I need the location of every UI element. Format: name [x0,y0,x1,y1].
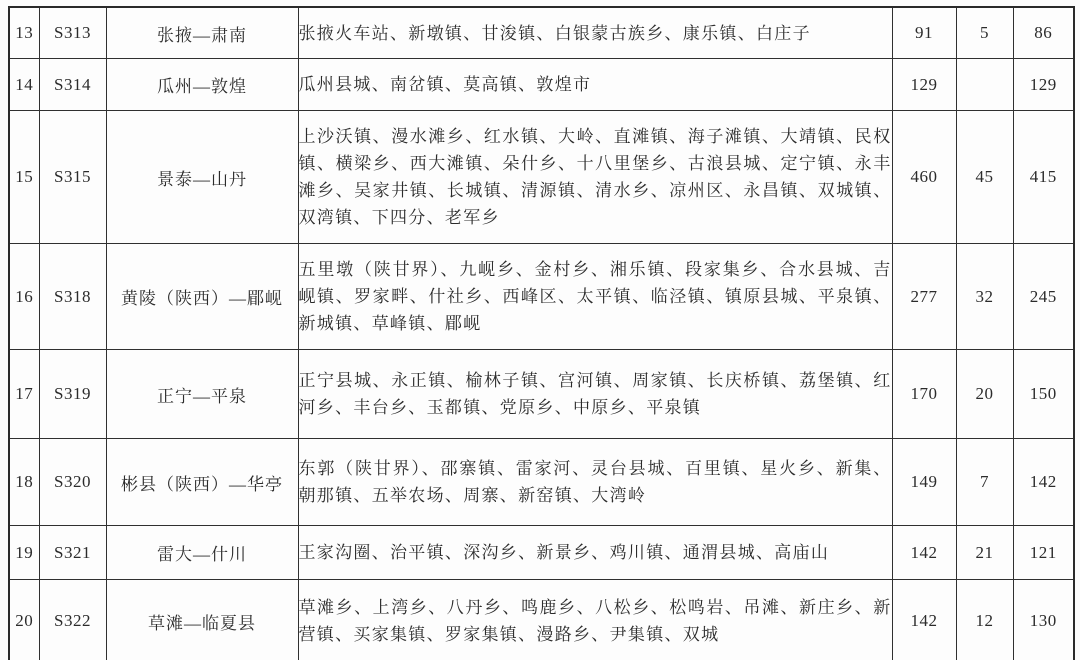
net-km-cell: 121 [1013,526,1074,580]
overlap-km-cell: 7 [956,439,1013,526]
row-number-cell: 16 [9,244,39,350]
table-row: 16 S318 黄陵（陕西）—郿岘 五里墩（陕甘界）、九岘乡、金村乡、湘乐镇、段… [9,244,1074,350]
document-page: 13 S313 张掖—肃南 张掖火车站、新墩镇、甘浚镇、白银蒙古族乡、康乐镇、白… [0,0,1080,660]
total-km-cell: 142 [892,580,956,660]
route-places-cell: 王家沟圈、治平镇、深沟乡、新景乡、鸡川镇、通渭县城、高庙山 [298,526,892,580]
total-km-cell: 460 [892,111,956,244]
overlap-km-cell: 21 [956,526,1013,580]
overlap-km-cell: 12 [956,580,1013,660]
total-km-cell: 142 [892,526,956,580]
net-km-cell: 142 [1013,439,1074,526]
route-places-cell: 正宁县城、永正镇、榆林子镇、宫河镇、周家镇、长庆桥镇、荔堡镇、红河乡、丰台乡、玉… [298,350,892,439]
overlap-km-cell: 20 [956,350,1013,439]
route-name-cell: 彬县（陕西）—华亭 [106,439,298,526]
net-km-cell: 415 [1013,111,1074,244]
route-name-cell: 雷大—什川 [106,526,298,580]
table-row: 17 S319 正宁—平泉 正宁县城、永正镇、榆林子镇、宫河镇、周家镇、长庆桥镇… [9,350,1074,439]
route-name-cell: 张掖—肃南 [106,7,298,59]
provincial-highway-table: 13 S313 张掖—肃南 张掖火车站、新墩镇、甘浚镇、白银蒙古族乡、康乐镇、白… [8,6,1075,660]
table-row: 19 S321 雷大—什川 王家沟圈、治平镇、深沟乡、新景乡、鸡川镇、通渭县城、… [9,526,1074,580]
road-code-cell: S313 [39,7,106,59]
total-km-cell: 277 [892,244,956,350]
overlap-km-cell [956,59,1013,111]
route-places-cell: 瓜州县城、南岔镇、莫高镇、敦煌市 [298,59,892,111]
route-places-cell: 草滩乡、上湾乡、八丹乡、鸣鹿乡、八松乡、松鸣岩、吊滩、新庄乡、新营镇、买家集镇、… [298,580,892,660]
row-number-cell: 20 [9,580,39,660]
road-code-cell: S320 [39,439,106,526]
road-code-cell: S322 [39,580,106,660]
row-number-cell: 17 [9,350,39,439]
route-name-cell: 瓜州—敦煌 [106,59,298,111]
total-km-cell: 129 [892,59,956,111]
table-row: 20 S322 草滩—临夏县 草滩乡、上湾乡、八丹乡、鸣鹿乡、八松乡、松鸣岩、吊… [9,580,1074,660]
net-km-cell: 130 [1013,580,1074,660]
net-km-cell: 129 [1013,59,1074,111]
total-km-cell: 170 [892,350,956,439]
row-number-cell: 14 [9,59,39,111]
road-code-cell: S318 [39,244,106,350]
overlap-km-cell: 5 [956,7,1013,59]
route-name-cell: 草滩—临夏县 [106,580,298,660]
route-name-cell: 景泰—山丹 [106,111,298,244]
route-name-cell: 正宁—平泉 [106,350,298,439]
net-km-cell: 86 [1013,7,1074,59]
route-name-cell: 黄陵（陕西）—郿岘 [106,244,298,350]
row-number-cell: 13 [9,7,39,59]
route-places-cell: 东郭（陕甘界）、邵寨镇、雷家河、灵台县城、百里镇、星火乡、新集、朝那镇、五举农场… [298,439,892,526]
net-km-cell: 150 [1013,350,1074,439]
road-code-cell: S314 [39,59,106,111]
road-code-cell: S321 [39,526,106,580]
row-number-cell: 18 [9,439,39,526]
route-places-cell: 上沙沃镇、漫水滩乡、红水镇、大岭、直滩镇、海子滩镇、大靖镇、民权镇、横梁乡、西大… [298,111,892,244]
highway-table-body: 13 S313 张掖—肃南 张掖火车站、新墩镇、甘浚镇、白银蒙古族乡、康乐镇、白… [9,7,1074,660]
table-row: 14 S314 瓜州—敦煌 瓜州县城、南岔镇、莫高镇、敦煌市 129 129 [9,59,1074,111]
table-row: 15 S315 景泰—山丹 上沙沃镇、漫水滩乡、红水镇、大岭、直滩镇、海子滩镇、… [9,111,1074,244]
total-km-cell: 91 [892,7,956,59]
road-code-cell: S319 [39,350,106,439]
route-places-cell: 五里墩（陕甘界）、九岘乡、金村乡、湘乐镇、段家集乡、合水县城、吉岘镇、罗家畔、什… [298,244,892,350]
table-row: 18 S320 彬县（陕西）—华亭 东郭（陕甘界）、邵寨镇、雷家河、灵台县城、百… [9,439,1074,526]
total-km-cell: 149 [892,439,956,526]
row-number-cell: 19 [9,526,39,580]
net-km-cell: 245 [1013,244,1074,350]
overlap-km-cell: 32 [956,244,1013,350]
road-code-cell: S315 [39,111,106,244]
table-row: 13 S313 张掖—肃南 张掖火车站、新墩镇、甘浚镇、白银蒙古族乡、康乐镇、白… [9,7,1074,59]
overlap-km-cell: 45 [956,111,1013,244]
route-places-cell: 张掖火车站、新墩镇、甘浚镇、白银蒙古族乡、康乐镇、白庄子 [298,7,892,59]
row-number-cell: 15 [9,111,39,244]
